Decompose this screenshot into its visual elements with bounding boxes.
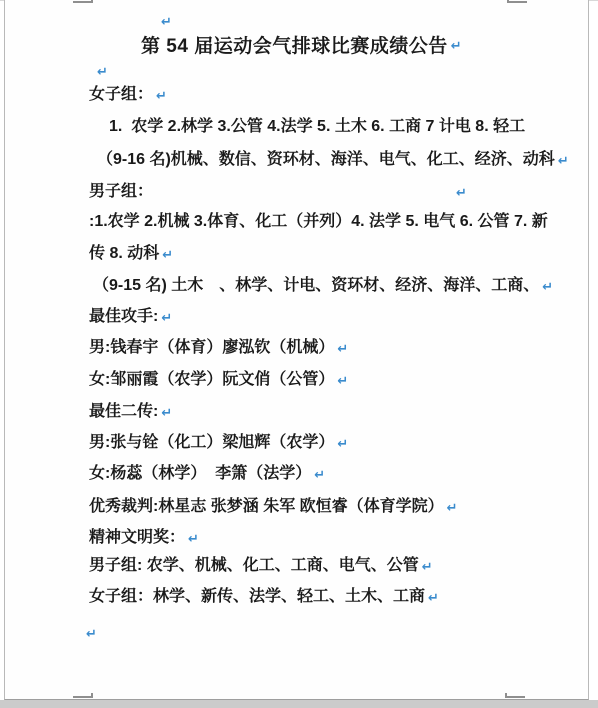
paragraph-mark-icon: ↵ bbox=[337, 374, 348, 387]
doc-line-men-ranking-3: （9-15 名) 土木 、林学、计电、资环材、经济、海洋、工商、 ↵ bbox=[93, 278, 553, 294]
line-text: 1. 农学 2.林学 3.公管 4.法学 5. 土木 6. 工商 7 计电 8.… bbox=[109, 119, 525, 135]
doc-line-best-attacker-women: 女:邹丽霞（农学）阮文俏（公管） ↵ bbox=[89, 372, 348, 388]
doc-line-women-ranking-1: 1. 农学 2.林学 3.公管 4.法学 5. 土木 6. 工商 7 计电 8.… bbox=[109, 119, 525, 135]
paragraph-mark-icon: ↵ bbox=[428, 591, 439, 604]
document-page[interactable]: ↵ 第 54 届运动会气排球比赛成绩公告 ↵ ↵ 女子组： ↵ 1. 农学 2.… bbox=[4, 0, 589, 700]
line-text: 女子组：林学、新传、法学、轻工、土木、工商 bbox=[89, 589, 425, 605]
paragraph-mark-icon: ↵ bbox=[161, 15, 172, 28]
line-text: 精神文明奖： bbox=[89, 530, 185, 546]
crop-mark-top-left bbox=[73, 0, 93, 3]
paragraph-mark-icon: ↵ bbox=[86, 627, 97, 640]
doc-line-sportsmanship-men: 男子组: 农学、机械、化工、工商、电气、公管 ↵ bbox=[89, 558, 433, 574]
paragraph-mark-icon: ↵ bbox=[188, 532, 199, 545]
tab-space bbox=[153, 184, 453, 185]
paragraph-mark-icon: ↵ bbox=[456, 186, 467, 199]
doc-line-best-setter-women: 女:杨蕊（林学） 李箫（法学） ↵ bbox=[89, 466, 325, 482]
paragraph-mark-icon: ↵ bbox=[337, 342, 348, 355]
doc-line-best-setter-men: 男:张与铨（化工）梁旭辉（农学） ↵ bbox=[89, 435, 348, 451]
line-text: :1.农学 2.机械 3.体育、化工（并列）4. 法学 5. 电气 6. 公管 … bbox=[89, 214, 548, 230]
paragraph-mark-icon: ↵ bbox=[161, 311, 172, 324]
paragraph-mark-icon: ↵ bbox=[558, 154, 569, 167]
doc-line-title: 第 54 届运动会气排球比赛成绩公告 ↵ bbox=[141, 37, 462, 56]
paragraph-mark-icon: ↵ bbox=[447, 501, 458, 514]
paragraph-mark-icon: ↵ bbox=[162, 248, 173, 261]
line-text: （9-15 名) 土木 、林学、计电、资环材、经济、海洋、工商、 bbox=[93, 278, 539, 294]
doc-line-men-ranking-1: :1.农学 2.机械 3.体育、化工（并列）4. 法学 5. 电气 6. 公管 … bbox=[89, 214, 548, 230]
line-text: 男:张与铨（化工）梁旭辉（农学） bbox=[89, 435, 334, 451]
document-title: 第 54 届运动会气排球比赛成绩公告 bbox=[141, 37, 448, 56]
doc-line-men-header: 男子组： ↵ bbox=[89, 184, 467, 200]
doc-line-sportsmanship-women: 女子组：林学、新传、法学、轻工、土木、工商 ↵ bbox=[89, 589, 439, 605]
doc-line-best-attacker-men: 男:钱春宇（体育）廖泓钦（机械） ↵ bbox=[89, 340, 348, 356]
doc-line-best-attacker-header: 最佳攻手: ↵ bbox=[89, 309, 172, 325]
doc-line-sportsmanship-header: 精神文明奖： ↵ bbox=[89, 530, 199, 546]
doc-line-men-ranking-2: 传 8. 动科 ↵ bbox=[89, 246, 173, 262]
doc-line-empty: ↵ bbox=[83, 625, 97, 640]
paragraph-mark-icon: ↵ bbox=[451, 39, 462, 52]
line-text: 男子组: 农学、机械、化工、工商、电气、公管 bbox=[89, 558, 419, 574]
line-text: 男子组： bbox=[89, 184, 153, 200]
doc-line-best-setter-header: 最佳二传: ↵ bbox=[89, 404, 172, 420]
paragraph-mark-icon: ↵ bbox=[314, 468, 325, 481]
line-text: （9-16 名)机械、数信、资环材、海洋、电气、化工、经济、动科 bbox=[97, 152, 555, 168]
doc-line-women-ranking-2: （9-16 名)机械、数信、资环材、海洋、电气、化工、经济、动科 ↵ bbox=[97, 152, 569, 168]
paragraph-mark-icon: ↵ bbox=[337, 437, 348, 450]
line-text: 传 8. 动科 bbox=[89, 246, 159, 262]
crop-mark-top-right bbox=[507, 0, 527, 3]
doc-line-empty: ↵ bbox=[94, 63, 108, 78]
line-text: 男:钱春宇（体育）廖泓钦（机械） bbox=[89, 340, 334, 356]
line-text: 女子组： bbox=[89, 87, 153, 103]
doc-line-best-referees: 优秀裁判:林星志 张梦涵 朱军 欧恒睿（体育学院） ↵ bbox=[89, 499, 458, 515]
window-bottom-strip bbox=[0, 700, 598, 708]
line-text: 最佳攻手: bbox=[89, 309, 158, 325]
paragraph-mark-icon: ↵ bbox=[156, 89, 167, 102]
line-text: 女:杨蕊（林学） 李箫（法学） bbox=[89, 466, 311, 482]
paragraph-mark-icon: ↵ bbox=[97, 65, 108, 78]
paragraph-mark-icon: ↵ bbox=[161, 406, 172, 419]
word-document-view: ↵ 第 54 届运动会气排球比赛成绩公告 ↵ ↵ 女子组： ↵ 1. 农学 2.… bbox=[0, 0, 598, 708]
line-text: 最佳二传: bbox=[89, 404, 158, 420]
paragraph-mark-icon: ↵ bbox=[542, 280, 553, 293]
doc-line-women-header: 女子组： ↵ bbox=[89, 87, 167, 103]
crop-mark-bottom-right bbox=[505, 693, 525, 698]
crop-mark-bottom-left bbox=[73, 693, 93, 698]
paragraph-mark-icon: ↵ bbox=[422, 560, 433, 573]
line-text: 女:邹丽霞（农学）阮文俏（公管） bbox=[89, 372, 334, 388]
doc-line-empty: ↵ bbox=[158, 13, 172, 28]
line-text: 优秀裁判:林星志 张梦涵 朱军 欧恒睿（体育学院） bbox=[89, 499, 444, 515]
